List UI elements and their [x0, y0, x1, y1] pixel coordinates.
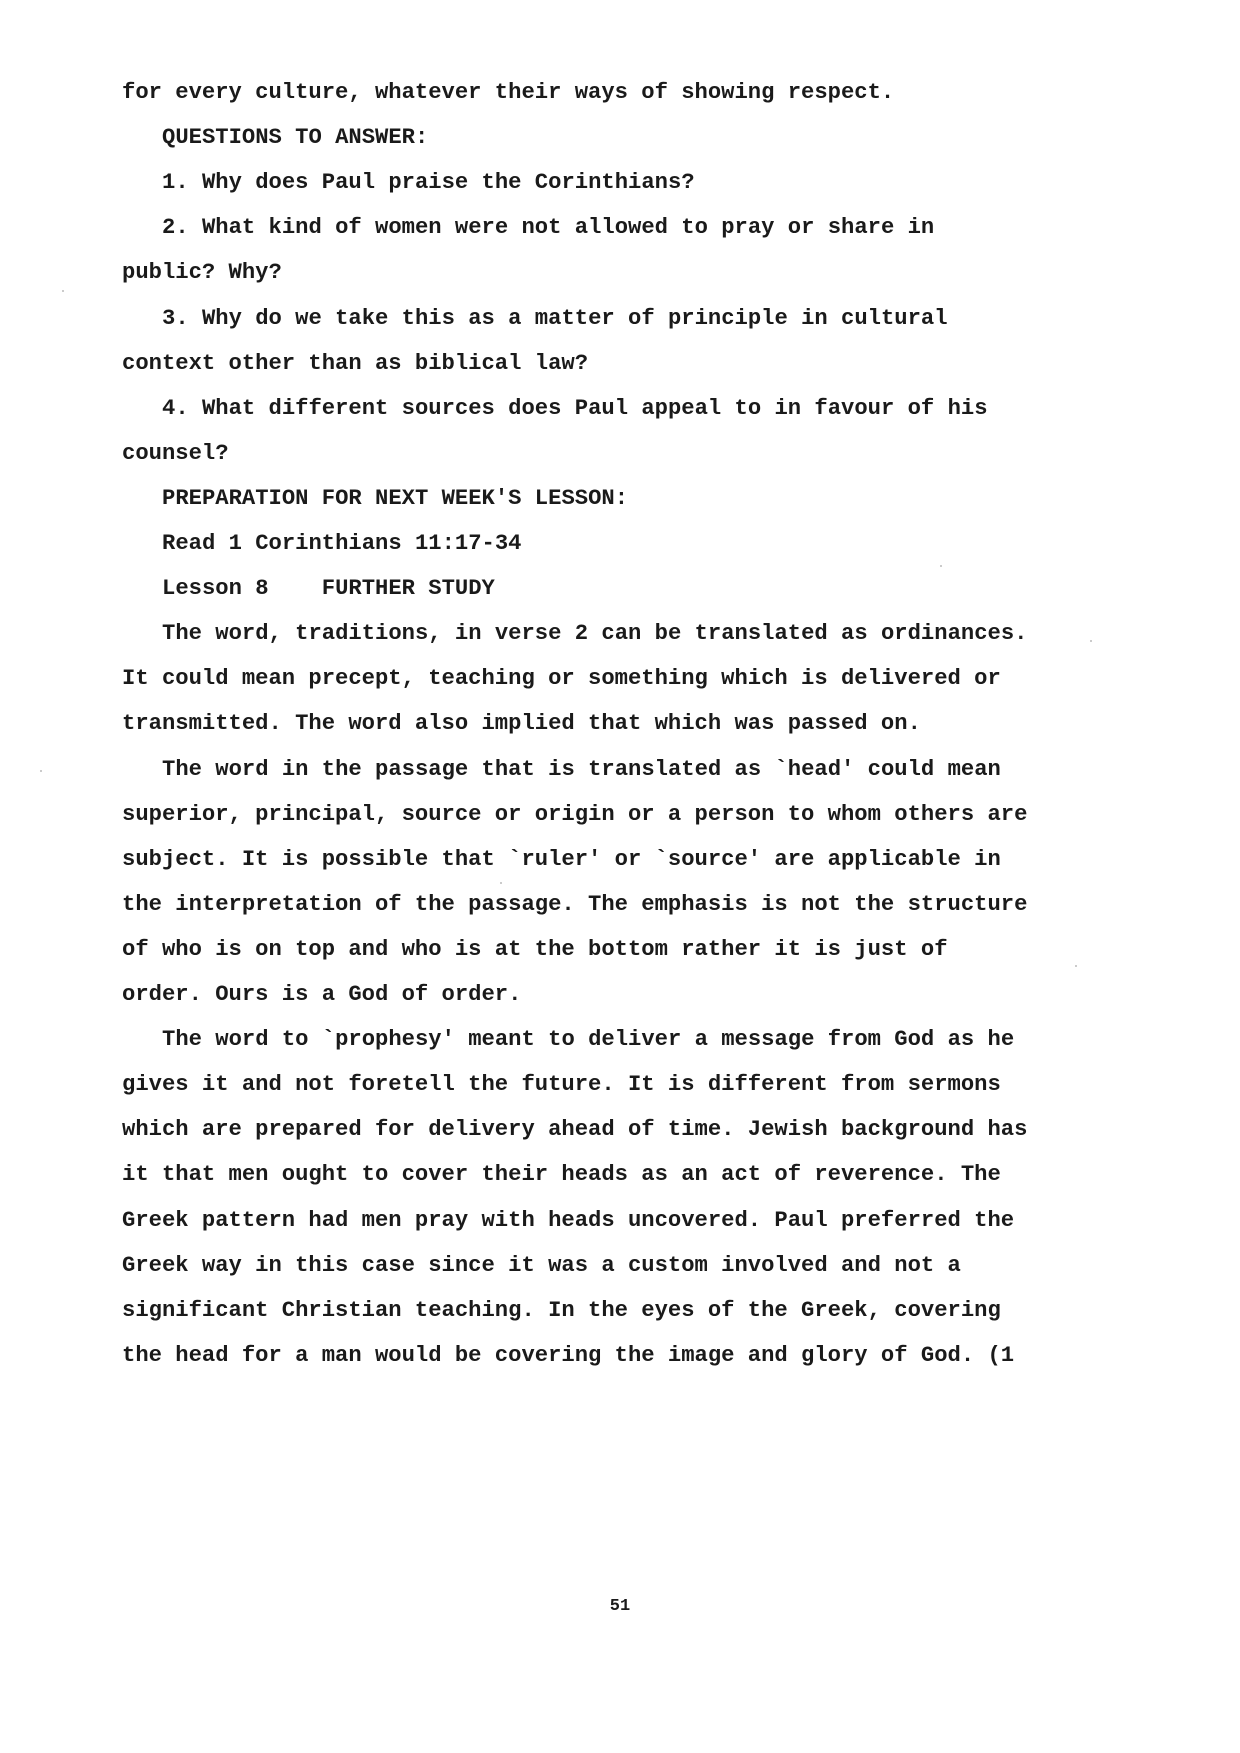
scan-speck: [1075, 965, 1077, 967]
scan-speck: [62, 290, 64, 292]
text-line: The word, traditions, in verse 2 can be …: [162, 623, 1027, 645]
text-line: counsel?: [122, 443, 229, 465]
text-line: the head for a man would be covering the…: [122, 1345, 1014, 1367]
text-line: for every culture, whatever their ways o…: [122, 82, 894, 104]
text-line: PREPARATION FOR NEXT WEEK'S LESSON:: [162, 488, 628, 510]
text-line: gives it and not foretell the future. It…: [122, 1074, 1001, 1096]
text-line: significant Christian teaching. In the e…: [122, 1300, 1001, 1322]
text-line: The word to `prophesy' meant to deliver …: [162, 1029, 1014, 1051]
text-line: 3. Why do we take this as a matter of pr…: [162, 308, 948, 330]
text-line: Greek way in this case since it was a cu…: [122, 1255, 961, 1277]
text-line: subject. It is possible that `ruler' or …: [122, 849, 1001, 871]
text-line: 2. What kind of women were not allowed t…: [162, 217, 934, 239]
text-line: it that men ought to cover their heads a…: [122, 1164, 1001, 1186]
text-line: transmitted. The word also implied that …: [122, 713, 921, 735]
scan-speck: [40, 770, 42, 772]
scan-speck: [1090, 640, 1092, 642]
text-line: 1. Why does Paul praise the Corinthians?: [162, 172, 695, 194]
text-line: superior, principal, source or origin or…: [122, 804, 1027, 826]
text-line: Greek pattern had men pray with heads un…: [122, 1210, 1014, 1232]
scan-speck: [940, 565, 942, 567]
text-line: of who is on top and who is at the botto…: [122, 939, 948, 961]
text-line: Lesson 8 FURTHER STUDY: [162, 578, 495, 600]
text-line: order. Ours is a God of order.: [122, 984, 521, 1006]
text-line: which are prepared for delivery ahead of…: [122, 1119, 1027, 1141]
text-line: QUESTIONS TO ANSWER:: [162, 127, 428, 149]
page-number: 51: [610, 1597, 630, 1616]
text-line: Read 1 Corinthians 11:17-34: [162, 533, 522, 555]
scan-speck: [500, 882, 502, 884]
text-line: the interpretation of the passage. The e…: [122, 894, 1027, 916]
text-line: The word in the passage that is translat…: [162, 759, 1001, 781]
document-page: for every culture, whatever their ways o…: [0, 0, 1240, 1753]
text-line: public? Why?: [122, 262, 282, 284]
text-line: 4. What different sources does Paul appe…: [162, 398, 988, 420]
text-line: It could mean precept, teaching or somet…: [122, 668, 1001, 690]
text-line: context other than as biblical law?: [122, 353, 588, 375]
